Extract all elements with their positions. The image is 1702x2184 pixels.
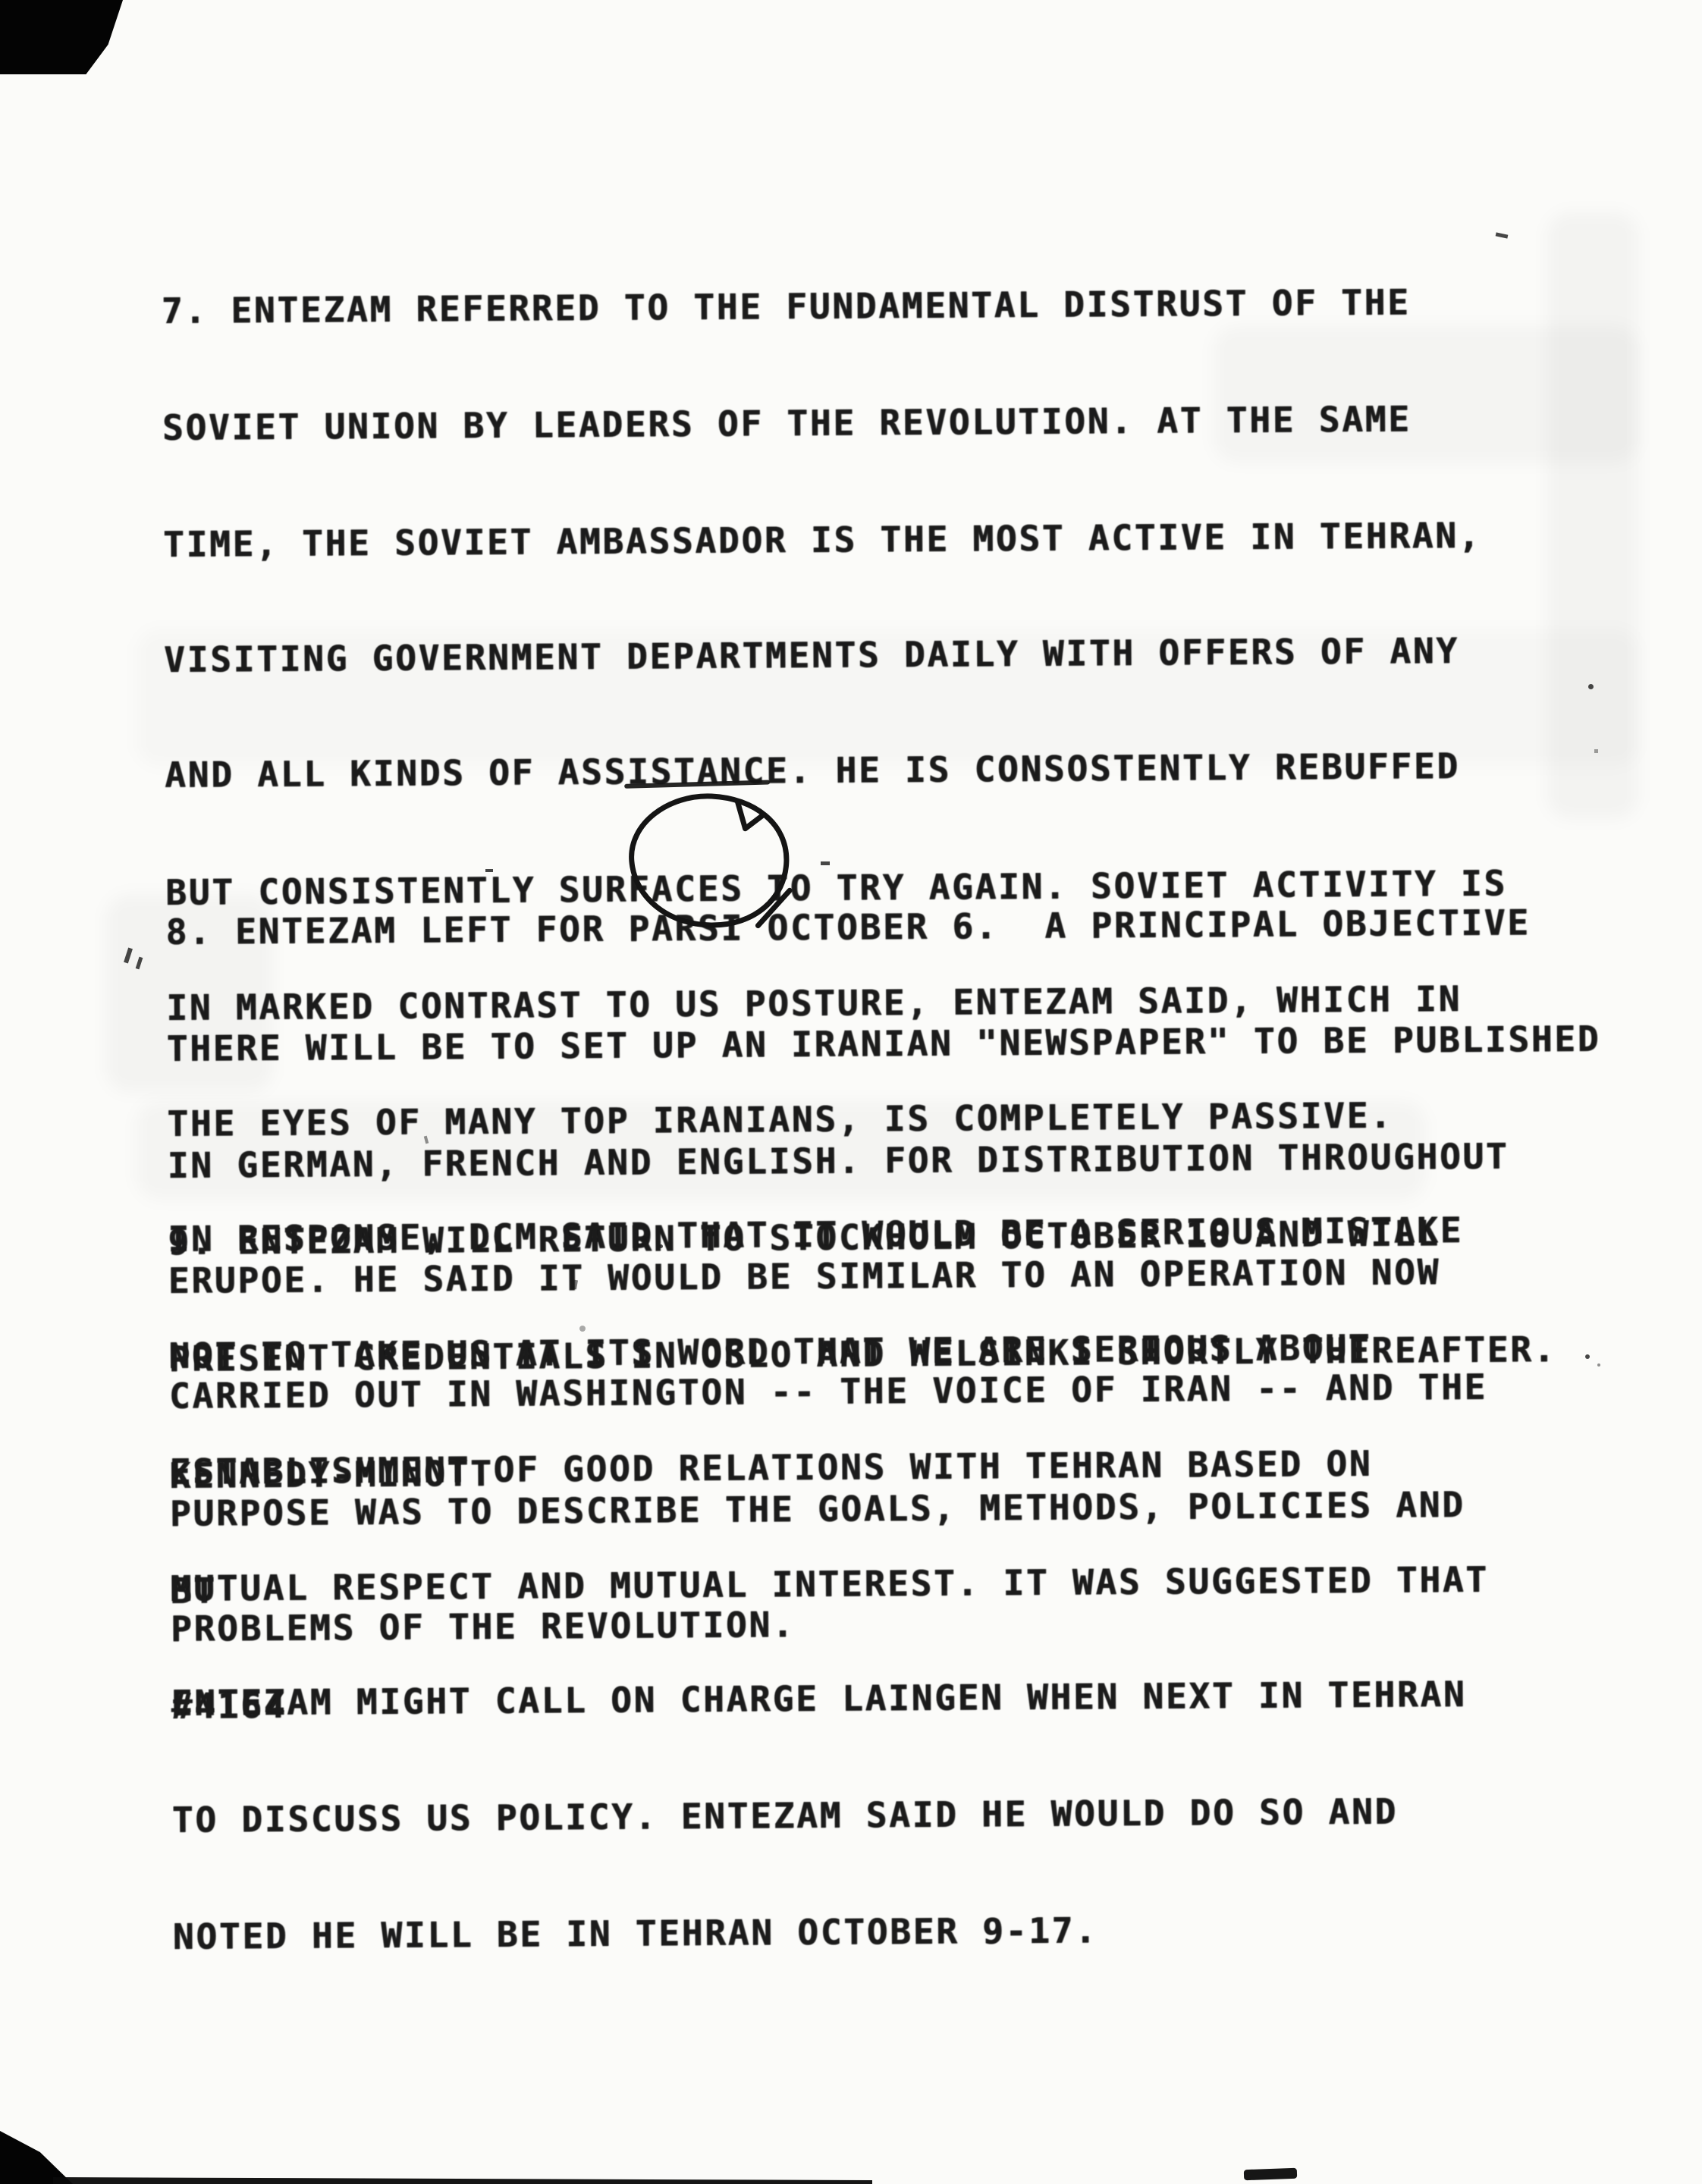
scan-shading (1547, 212, 1638, 819)
bt-terminator: BT (170, 1562, 1558, 1611)
serial-number: #4164 (171, 1677, 1559, 1726)
ink-speck (659, 1244, 663, 1248)
scan-shading (137, 629, 1638, 766)
scanned-cable-page: 7. ENTEZAM REFERRED TO THE FUNDAMENTAL D… (0, 0, 1702, 2184)
scan-artifact-bottom-dash (1244, 2168, 1297, 2180)
ink-speck (1585, 1354, 1590, 1359)
ink-speck (1588, 684, 1594, 689)
ink-speck (1594, 749, 1598, 753)
ink-speck (821, 861, 830, 865)
text-line: TIME, THE SOVIET AMBASSADOR IS THE MOST … (163, 516, 1505, 564)
scan-shading (106, 895, 273, 1092)
ink-speck (642, 1236, 647, 1241)
text-line: 7. ENTEZAM REFERRED TO THE FUNDAMENTAL D… (162, 283, 1503, 331)
paragraph-9: 9. ENTEZAM WILL RETURN TO STOCKHOLM OCTO… (167, 1137, 1559, 1804)
text-line: PRESENT CREDENTIALS IN OSLO AND HELSINKI… (168, 1330, 1556, 1379)
text-line: NOTED HE WILL BE IN TEHRAN OCTOBER 9-17. (173, 1909, 1515, 1956)
ink-speck (579, 1326, 586, 1332)
scan-shading (137, 1101, 1426, 1200)
ink-speck (1597, 1363, 1600, 1367)
text-line: 8. ENTEZAM LEFT FOR PARSI OCTOBER 6. A P… (165, 903, 1600, 952)
signature-line: KENNEDY-MINOTT (169, 1447, 1557, 1495)
text-line: 9. ENTEZAM WILL RETURN TO STOCKHOLM OCTO… (168, 1213, 1556, 1262)
text-line: THERE WILL BE TO SET UP AN IRANIAN "NEWS… (166, 1020, 1600, 1068)
ink-speck (1050, 1122, 1054, 1126)
pen-circle-parsi (599, 775, 828, 951)
ink-speck (485, 869, 493, 872)
